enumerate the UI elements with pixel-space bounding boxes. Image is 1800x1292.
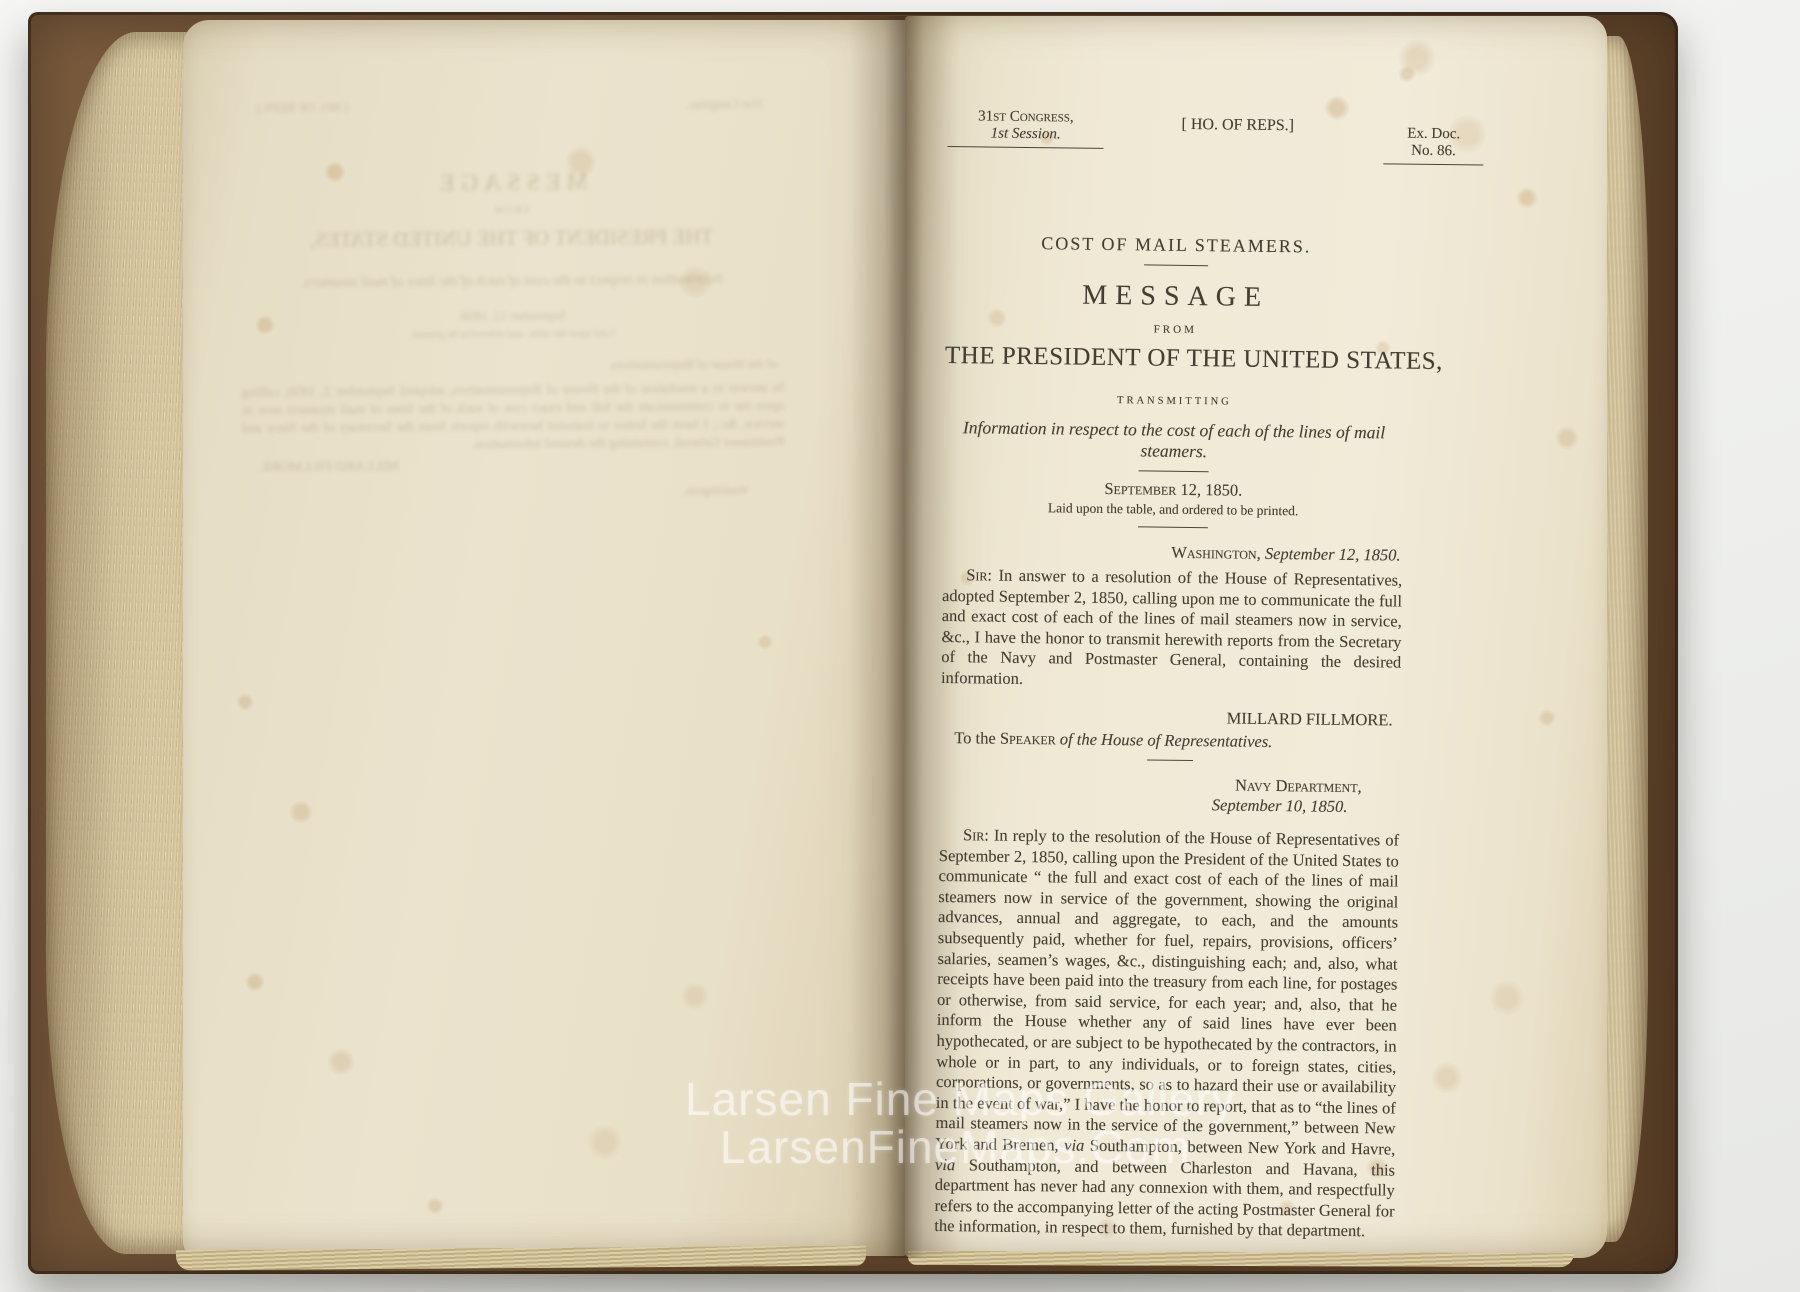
- letter2-via-2: via: [935, 1154, 955, 1173]
- doc-number-block: Ex. Doc. No. 86.: [1383, 125, 1483, 165]
- letter1-salutation: Sir:: [966, 565, 992, 584]
- ghost-order: Laid upon the table, and ordered to be p…: [217, 325, 807, 342]
- chamber-label: [ HO. OF REPS.]: [1148, 115, 1328, 135]
- letter2-salutation: Sir:: [963, 825, 989, 844]
- addressee-title: Speaker: [1000, 729, 1056, 749]
- divider-rule: [1144, 264, 1208, 266]
- ghost-subject: Information in respect to the cost of ea…: [252, 271, 771, 293]
- letter2-body-part2: Southampton, between New York and Havre,: [1084, 1136, 1395, 1159]
- letter2-dateline: Navy Department, September 10, 1850.: [939, 772, 1399, 818]
- author-heading: THE PRESIDENT OF THE UNITED STATES,: [945, 342, 1405, 376]
- ghost-header-left: 31st Congress,: [687, 96, 764, 113]
- letter1-body: Sir: In answer to a resolution of the Ho…: [941, 565, 1402, 694]
- photograph-background: 31st Congress, [ HO. OF REPS.] MESSAGE F…: [0, 0, 1800, 1292]
- letter1-body-text: In answer to a resolution of the House o…: [941, 566, 1402, 688]
- transmitting-label: TRANSMITTING: [944, 393, 1404, 410]
- document-title: COST OF MAIL STEAMERS.: [946, 232, 1406, 259]
- session-line: 1st Session.: [948, 125, 1104, 144]
- ghost-paragraph: In answer to a resolution of the House o…: [241, 380, 784, 457]
- divider-rule: [1139, 470, 1209, 472]
- letter1-place-date: Washington, September 12, 1850.: [942, 540, 1402, 566]
- letter2-body: Sir: In reply to the resolution of the H…: [934, 825, 1399, 1242]
- ghost-from: FROM: [216, 202, 806, 218]
- addressee-suffix: of the House of Representatives.: [1056, 729, 1273, 751]
- bottom-page-edges-right: [908, 1251, 1574, 1267]
- document-page: 31st Congress, 1st Session. [ HO. OF REP…: [934, 108, 1486, 1260]
- congress-line: 31st Congress,: [948, 108, 1104, 127]
- doc-number: No. 86.: [1383, 142, 1483, 160]
- addressee-prefix: To the: [954, 728, 1000, 748]
- letter2-body-part1: In reply to the resolution of the House …: [935, 826, 1399, 1155]
- letter1-place: Washington,: [1171, 543, 1261, 563]
- congress-session-block: 31st Congress, 1st Session.: [948, 108, 1104, 149]
- letter2-date: September 10, 1850.: [939, 792, 1361, 817]
- document-header: 31st Congress, 1st Session. [ HO. OF REP…: [947, 108, 1486, 179]
- ghost-place: Washington,: [219, 481, 809, 502]
- from-label: FROM: [945, 321, 1405, 339]
- left-page-edges: [46, 32, 198, 1254]
- ghost-date: September 12, 1850.: [217, 305, 807, 326]
- divider-rule: [1138, 526, 1208, 528]
- ghost-author: THE PRESIDENT OF THE UNITED STATES,: [216, 223, 806, 253]
- right-page: 31st Congress, 1st Session. [ HO. OF REP…: [905, 16, 1607, 1258]
- bleed-through-text: 31st Congress, [ HO. OF REPS.] MESSAGE F…: [215, 95, 808, 502]
- action-date: September 12, 1850.: [943, 477, 1403, 503]
- letter1-addressee: To the Speaker of the House of Represent…: [940, 728, 1400, 754]
- left-page: 31st Congress, [ HO. OF REPS.] MESSAGE F…: [183, 20, 907, 1256]
- divider-rule: [1147, 760, 1193, 762]
- doc-label: Ex. Doc.: [1384, 125, 1484, 143]
- message-heading: MESSAGE: [946, 278, 1406, 316]
- letter1-date: September 12, 1850.: [1261, 544, 1401, 565]
- ghost-addressee: of the House of Representatives.: [218, 355, 808, 376]
- ghost-header-right: [ HO. OF REPS.]: [257, 99, 349, 116]
- letter1-signature: MILLARD FILLMORE.: [940, 705, 1400, 731]
- letter2-body-part3: Southampton, and between Charleston and …: [934, 1155, 1395, 1241]
- subject-line: Information in respect to the cost of ea…: [944, 417, 1404, 465]
- document-column: COST OF MAIL STEAMERS. MESSAGE FROM THE …: [934, 232, 1406, 1242]
- letter2-via-1: via: [1064, 1135, 1084, 1154]
- ghost-message-heading: MESSAGE: [216, 167, 806, 199]
- ghost-signature: MILLARD FILLMORE.: [218, 455, 808, 476]
- order-line: Laid upon the table, and ordered to be p…: [943, 499, 1403, 521]
- ghost-header: 31st Congress, [ HO. OF REPS.]: [257, 96, 765, 116]
